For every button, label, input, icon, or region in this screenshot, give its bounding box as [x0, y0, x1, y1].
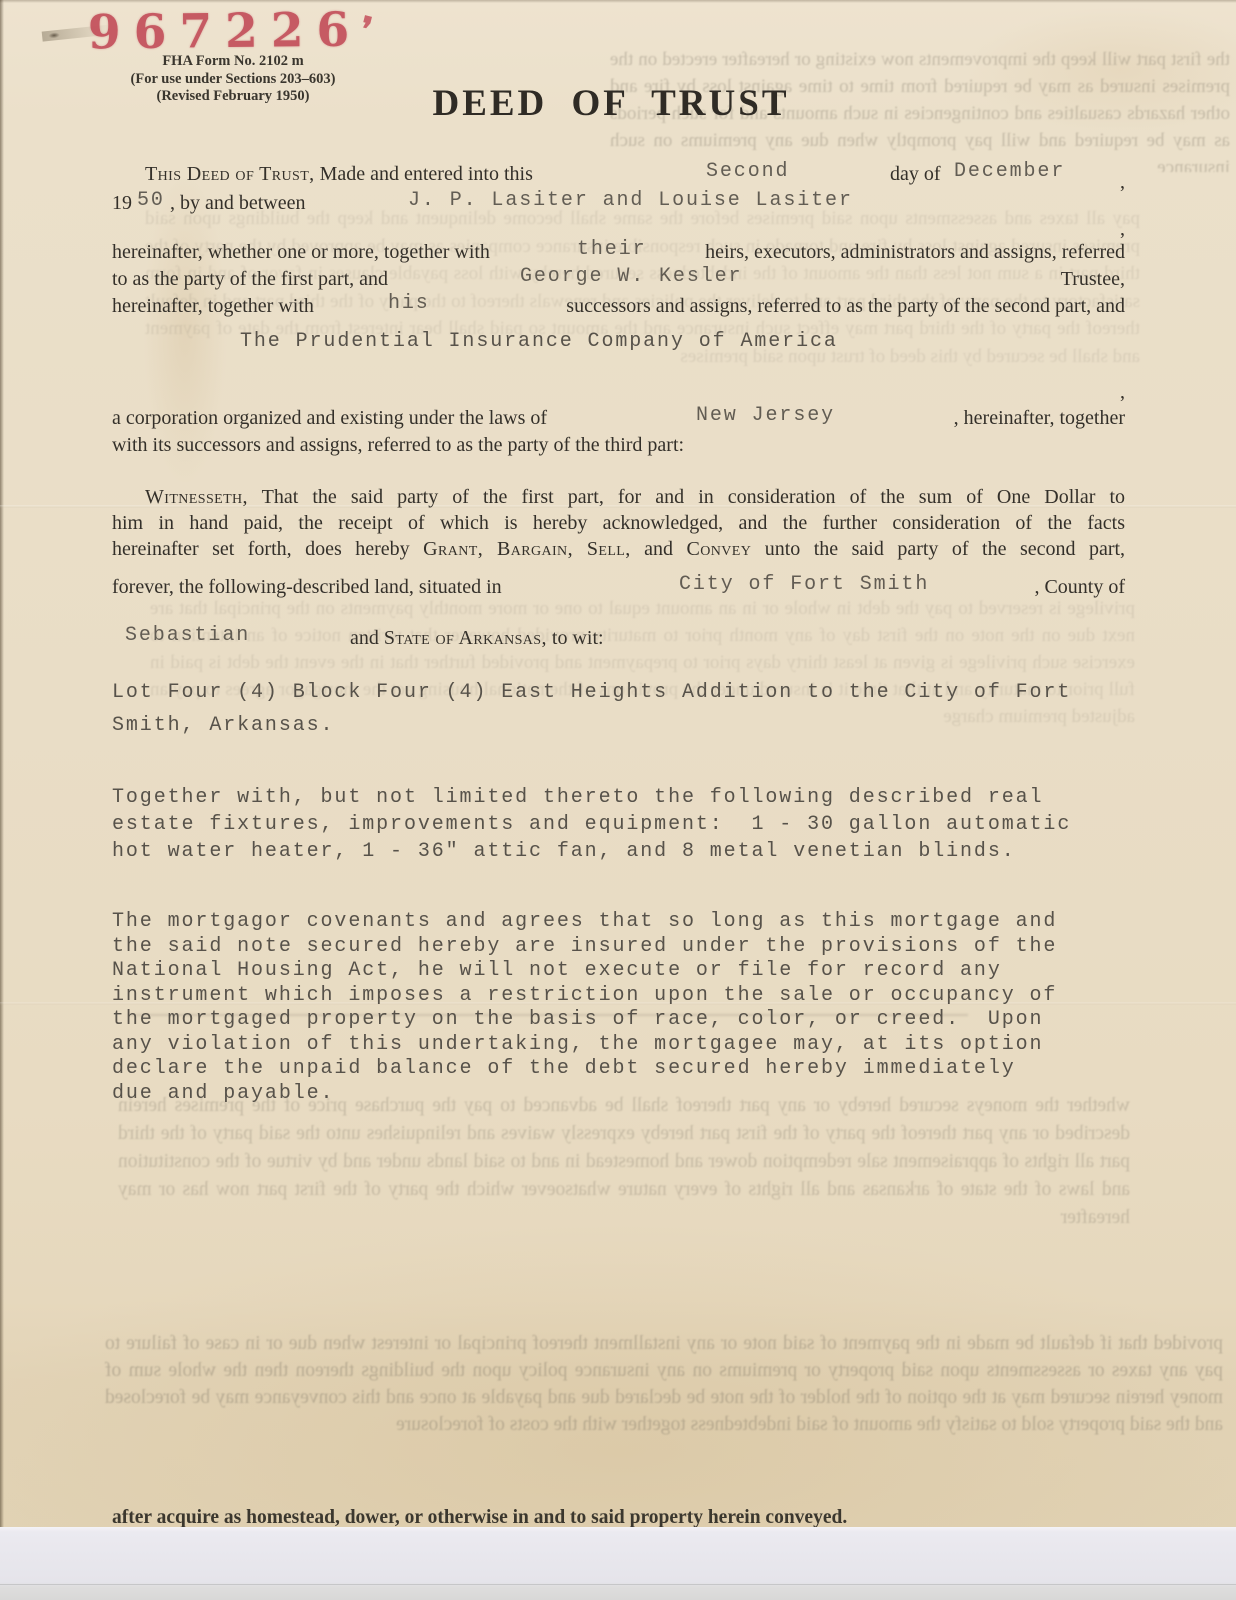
typed-fill-city: City of Fort Smith	[679, 573, 929, 596]
company-comma-line: ,	[112, 381, 1125, 407]
witnesseth-l3c: unto the said party of the second part,	[765, 538, 1125, 560]
situs-l2a: and	[350, 627, 379, 649]
trustee-label: Trustee,	[1061, 268, 1125, 291]
page-left-edge-shadow	[0, 0, 4, 1527]
state-of-arkansas-label: State of Arkansas,	[384, 627, 547, 649]
legal-description-line-1: Lot Four (4) Block Four (4) East Heights…	[112, 681, 1071, 704]
company-comma: ,	[1120, 381, 1125, 404]
typed-fill-county: Sebastian	[125, 624, 250, 647]
party1-l1a: hereinafter, whether one or more, togeth…	[112, 241, 490, 264]
red-stamp-number: 967226	[88, 3, 363, 61]
typed-fill-his: his	[388, 292, 430, 315]
situs-l2b: to wit:	[552, 627, 604, 649]
party3-line-2: with its successors and assigns, referre…	[112, 434, 1125, 460]
deed-of-trust-lead: This Deed of Trust,	[145, 163, 315, 185]
grant-bargain-sell-words: Grant, Bargain, Sell,	[423, 538, 630, 560]
bleedthrough-block-lower: whether the moneys secured hereby or any…	[118, 1092, 1130, 1318]
covenant-line-8: due and payable.	[112, 1082, 334, 1105]
intro-lead: This Deed of Trust, Made and entered int…	[145, 163, 533, 186]
year-printed-19: 19	[112, 192, 132, 215]
party1-l2a: to as the party of the first part, and	[112, 268, 388, 291]
fixtures-line-3: hot water heater, 1 - 36" attic fan, and…	[112, 840, 1016, 863]
party1-line-3: hereinafter, together with his successor…	[112, 295, 1125, 321]
intro-comma-2: ,	[1120, 218, 1125, 241]
witnesseth-line-3: hereinafter set forth, does hereby Grant…	[112, 538, 1125, 564]
intro-day-of-label: day of	[890, 163, 941, 186]
witnesseth-line-1: Witnesseth, That the said party of the f…	[112, 486, 1125, 512]
witnesseth-l3a: hereinafter set forth, does hereby	[112, 538, 410, 560]
fixtures-line-2: estate fixtures, improvements and equipm…	[112, 813, 1071, 836]
intro-comma-1: ,	[1120, 171, 1125, 194]
witnesseth-l2: him in hand paid, the receipt of which i…	[112, 512, 1125, 534]
covenant-line-2: the said note secured hereby are insured…	[112, 935, 1057, 958]
party1-line-1: hereinafter, whether one or more, togeth…	[112, 241, 1125, 267]
intro-line-1: This Deed of Trust, Made and entered int…	[112, 163, 1125, 189]
bottom-cutoff-line: after acquire as homestead, dower, or ot…	[112, 1505, 1172, 1527]
situs-line-1: forever, the following-described land, s…	[112, 576, 1125, 602]
intro-line-2: 19 50 , by and between J. P. Lasiter and…	[112, 192, 1125, 218]
typed-fill-grantor-names: J. P. Lasiter and Louise Lasiter	[408, 189, 853, 212]
party3-line-1: a corporation organized and existing und…	[112, 407, 1125, 433]
party1-line-2: to as the party of the first part, and G…	[112, 268, 1125, 294]
witnesseth-label: Witnesseth,	[145, 486, 248, 508]
intro-between-label: , by and between	[170, 192, 306, 215]
typed-fill-month: December	[954, 160, 1065, 183]
convey-word: Convey	[686, 538, 751, 560]
intro-lead-rest: Made and entered into this	[320, 163, 533, 185]
covenant-line-7: declare the unpaid balance of the debt s…	[112, 1057, 1016, 1080]
bleedthrough-block-bottom: provided that if default be made in the …	[105, 1330, 1223, 1518]
witnesseth-l1: That the said party of the first part, f…	[262, 486, 1125, 508]
legal-description-line-2: Smith, Arkansas.	[112, 714, 334, 737]
document-title: DEED OF TRUST	[0, 82, 1222, 125]
typed-fill-trustee-name: George W. Kesler	[520, 265, 742, 288]
bottom-strip-seam	[0, 1584, 1236, 1585]
typed-fill-their: their	[577, 238, 647, 261]
covenant-line-1: The mortgagor covenants and agrees that …	[112, 910, 1057, 933]
typed-company-name: The Prudential Insurance Company of Amer…	[240, 330, 838, 353]
witnesseth-line-2: him in hand paid, the receipt of which i…	[112, 512, 1125, 538]
typed-fill-state: New Jersey	[696, 404, 835, 427]
state-of-arkansas-phrase: and State of Arkansas, to wit:	[350, 627, 604, 650]
party1-l3b: successors and assigns, referred to as t…	[566, 295, 1125, 318]
bottom-scanner-strip	[0, 1527, 1236, 1600]
covenant-line-5: the mortgaged property on the basis of r…	[112, 1008, 1043, 1031]
situs-line-2: Sebastian and State of Arkansas, to wit:	[112, 627, 1125, 653]
party3-l2: with its successors and assigns, referre…	[112, 434, 684, 457]
covenant-line-6: any violation of this undertaking, the m…	[112, 1033, 1043, 1056]
witnesseth-l3b: and	[644, 538, 673, 560]
covenant-line-4: instrument which imposes a restriction u…	[112, 984, 1057, 1007]
party1-l3a: hereinafter, together with	[112, 295, 314, 318]
typed-fill-day: Second	[706, 160, 789, 183]
situs-l1a: forever, the following-described land, s…	[112, 576, 502, 599]
page-top-edge-shadow	[0, 0, 1236, 3]
party1-l1b: heirs, executors, administrators and ass…	[705, 241, 1125, 264]
scanned-deed-of-trust-page: the first part will keep the improvement…	[0, 0, 1236, 1600]
typed-fill-year: 50	[137, 189, 165, 212]
situs-l1b: , County of	[1034, 576, 1125, 599]
fixtures-line-1: Together with, but not limited thereto t…	[112, 786, 1043, 809]
covenant-line-3: National Housing Act, he will not execut…	[112, 959, 1002, 982]
party3-l1b: , hereinafter, together	[954, 407, 1125, 430]
party3-l1a: a corporation organized and existing und…	[112, 407, 547, 430]
